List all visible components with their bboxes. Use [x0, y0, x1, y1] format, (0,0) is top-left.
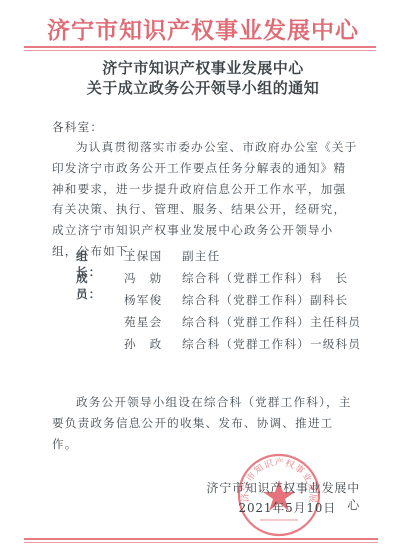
- closing-paragraph: 政务公开领导小组设在综合科（党群工作科），主要负责政务信息公开的收集、发布、协调…: [52, 392, 358, 454]
- member-name: 孙 政: [124, 336, 184, 352]
- masthead-org-name: 济宁市知识产权事业发展中心: [0, 12, 406, 45]
- member-position: 综合科（党群工作科）主任科员: [182, 314, 372, 330]
- member-name: 冯 勍: [124, 270, 184, 286]
- member-position: 综合科（党群工作科）科 长: [182, 270, 372, 286]
- member-name: 苑星会: [124, 314, 184, 330]
- leader-name: 王保国: [124, 248, 184, 264]
- member-position: 综合科（党群工作科）副科长: [182, 292, 372, 308]
- document-title-line2: 关于成立政务公开领导小组的通知: [0, 77, 406, 98]
- leader-position: 副主任: [182, 248, 372, 264]
- members-label: 成 员：: [76, 270, 124, 302]
- header-red-line: [24, 46, 376, 48]
- footer-red-line-thin: [24, 542, 378, 543]
- salutation: 各科室：: [52, 119, 103, 135]
- body-paragraph: 为认真贯彻落实市委办公室、市政府办公室《关于印发济宁市政务公开工作要点任务分解表…: [52, 137, 358, 262]
- member-name: 杨军俊: [124, 292, 184, 308]
- footer-red-line: [24, 538, 378, 540]
- document-title-line1: 济宁市知识产权事业发展中心: [0, 57, 406, 78]
- header-red-line-thin: [24, 50, 376, 51]
- member-position: 综合科（党群工作科）一级科员: [182, 336, 372, 352]
- signature-date: 2021年5月10日: [216, 499, 336, 516]
